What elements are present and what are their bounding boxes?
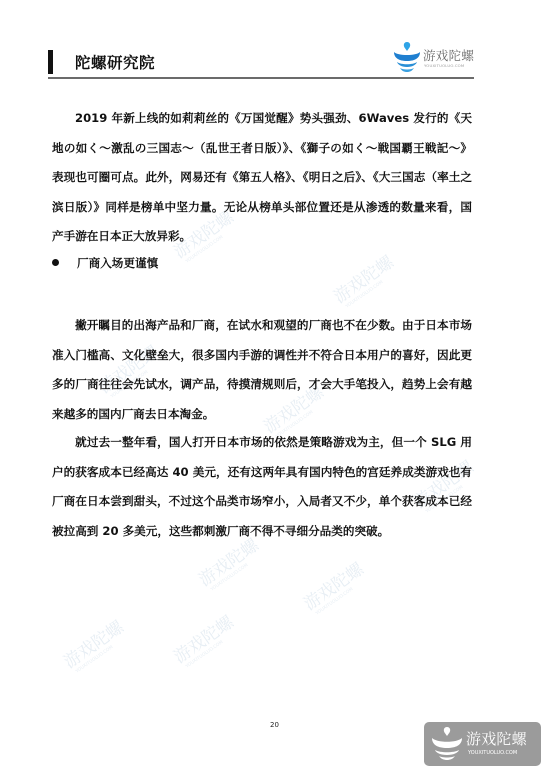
header-title: 陀螺研究院 (75, 51, 155, 73)
page-number: 20 (270, 721, 279, 729)
spinning-top-logo-icon (392, 40, 422, 74)
logo-name: 游戏陀螺 (423, 46, 474, 64)
watermark: 游戏陀螺YOUXITUOLUO.COM (298, 555, 371, 619)
section-heading-text: 厂商入场更谨慎 (77, 256, 158, 270)
header-accent-bar (48, 50, 53, 74)
corner-watermark-badge: 游戏陀螺 YOUXITUOLUO.COM (424, 722, 541, 766)
header-divider (48, 77, 474, 79)
badge-name: 游戏陀螺 (466, 728, 527, 749)
badge-url: YOUXITUOLUO.COM (468, 750, 517, 756)
watermark: 游戏陀螺YOUXITUOLUO.COM (58, 613, 131, 677)
watermark: 游戏陀螺YOUXITUOLUO.COM (168, 608, 241, 672)
section-heading: 厂商入场更谨慎 (52, 255, 158, 271)
brand-logo: 游戏陀螺 YOUXITUOLUO.COM (392, 40, 482, 76)
paragraph-2: 撇开瞩目的出海产品和厂商，在试水和观望的厂商也不在少数。由于日本市场准入门槛高、… (52, 311, 472, 429)
logo-url: YOUXITUOLUO.COM (424, 63, 464, 68)
watermark: 游戏陀螺YOUXITUOLUO.COM (328, 248, 401, 312)
paragraph-text: 就过去一整年看，国人打开日本市场的依然是策略游戏为主，但一个 SLG 用户的获客… (52, 435, 472, 538)
bullet-icon (52, 259, 59, 266)
spinning-top-logo-icon (430, 726, 464, 762)
paragraph-3: 就过去一整年看，国人打开日本市场的依然是策略游戏为主，但一个 SLG 用户的获客… (52, 428, 472, 546)
paragraph-text: 撇开瞩目的出海产品和厂商，在试水和观望的厂商也不在少数。由于日本市场准入门槛高、… (52, 318, 472, 421)
paragraph-text: 2019 年新上线的如莉莉丝的《万国觉醒》势头强劲、6Waves 发行的《天地の… (52, 111, 472, 243)
paragraph-1: 2019 年新上线的如莉莉丝的《万国觉醒》势头强劲、6Waves 发行的《天地の… (52, 104, 472, 252)
